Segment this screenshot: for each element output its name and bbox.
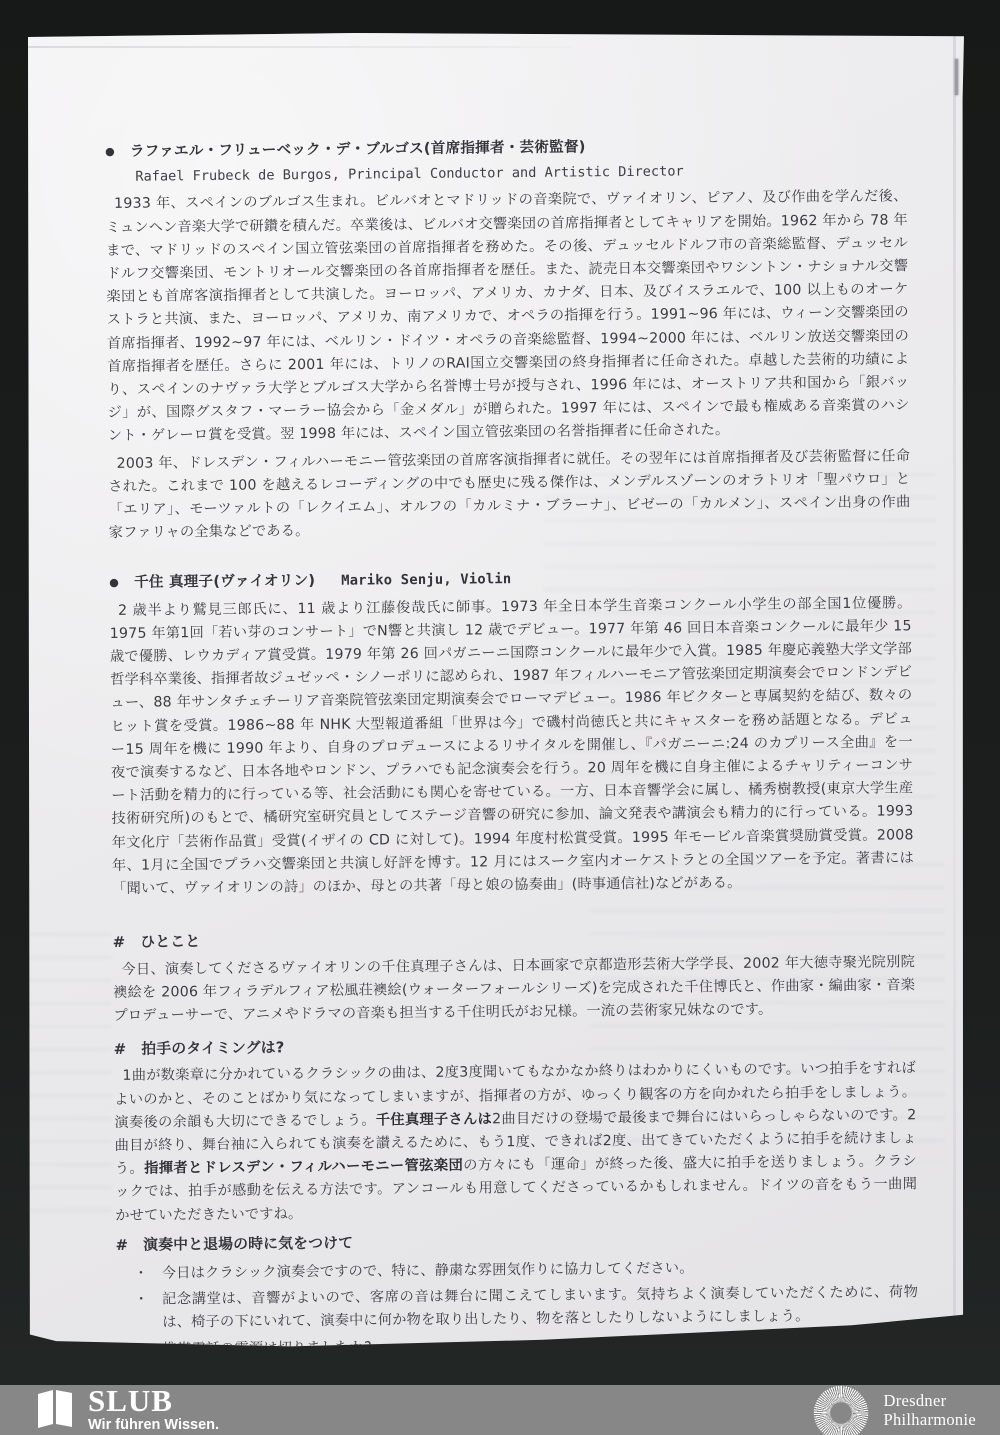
list-bullet: ・ — [134, 1289, 148, 1336]
philharmonie-name: Dresdner Philharmonie — [883, 1391, 976, 1430]
list-item-text: 今日はクラシック演奏会ですので、特に、静粛な雰囲気作りに協力してください。 — [162, 1255, 918, 1285]
note-title: ひとこと — [140, 930, 200, 954]
conductor-title-en: Rafael Frubeck de Burgos, Principal Cond… — [135, 159, 907, 190]
hash-mark: # — [115, 1234, 128, 1257]
applause-heading: # 拍手のタイミングは? — [114, 1030, 916, 1061]
scanned-page: ● ラファエル・フリューベック・デ・ブルゴス(首席指揮者・芸術監督) Rafae… — [28, 33, 964, 1349]
applause-bold-orchestra: 指揮者とドレスデン・フィルハーモニー管弦楽団 — [144, 1158, 463, 1177]
slub-wordmark: SLUB — [88, 1386, 219, 1416]
conductor-dresden-paragraph: 2003 年、ドレスデン・フィルハーモニー管弦楽団の首席客演指揮者に就任。その翌… — [108, 445, 911, 546]
philharmonie-logo: Dresdner Philharmonie — [813, 1379, 976, 1435]
violinist-heading: ● 千住 真理子(ヴァイオリン) Mariko Senju, Violin — [109, 564, 911, 596]
conductor-title-ja: ラファエル・フリューベック・デ・ブルゴス(首席指揮者・芸術監督) — [130, 135, 586, 163]
bleedthrough-ghost — [28, 933, 112, 1213]
philharmonie-line2: Philharmonie — [883, 1410, 976, 1430]
staple-mark — [955, 59, 958, 95]
violinist-title-en: Mariko Senju, Violin — [341, 569, 511, 594]
guide-title: 演奏中と退場の時に気をつけて — [143, 1231, 353, 1256]
note-paragraph: 今日、演奏してくださるヴァイオリンの千住真理子さんは、日本画家で京都造形芸術大学… — [113, 951, 916, 1028]
philharmonie-line1: Dresdner — [883, 1391, 976, 1411]
list-item: ・ 今日はクラシック演奏会ですので、特に、静粛な雰囲気作りに協力してください。 — [116, 1255, 918, 1286]
viewer-background: ● ラファエル・フリューベック・デ・ブルゴス(首席指揮者・芸術監督) Rafae… — [0, 0, 1000, 1435]
list-item-text: 携帯電話の電源は切りましたか? — [163, 1331, 919, 1361]
applause-bold-name: 千住真理子さんは — [376, 1111, 492, 1128]
page-text: ● ラファエル・フリューベック・デ・ブルゴス(首席指揮者・芸術監督) Rafae… — [105, 132, 919, 1435]
list-item-text: 記念講堂は、音響がよいので、客席の音は舞台に聞こえてしまいます。気持ちよく演奏し… — [162, 1281, 918, 1335]
book-icon — [36, 1388, 76, 1430]
hash-mark: # — [113, 931, 126, 954]
list-item: ・ 携帯電話の電源は切りましたか? — [117, 1331, 919, 1362]
footer-bar: SLUB Wir führen Wissen. Dresdner Philhar… — [0, 1385, 1000, 1435]
applause-title: 拍手のタイミングは? — [141, 1036, 284, 1061]
list-bullet: ・ — [134, 1263, 148, 1286]
applause-paragraph: 1曲が数楽章に分かれているクラシックの曲は、2度3度聞いてもなかなか終りはわかり… — [114, 1058, 918, 1228]
list-item: ・ 記念講堂は、音響がよいので、客席の音は舞台に聞こえてしまいます。気持ちよく演… — [116, 1281, 918, 1335]
violinist-bio-paragraph: 2 歳半より鷲見三郎氏に、11 歳より江藤俊哉氏に師事。1973 年全日本学生音… — [109, 592, 914, 901]
paper-seam — [28, 46, 571, 48]
slub-tagline: Wir führen Wissen. — [88, 1417, 219, 1434]
guide-heading: # 演奏中と退場の時に気をつけて — [115, 1226, 917, 1257]
violinist-title-ja: 千住 真理子(ヴァイオリン) — [134, 569, 315, 594]
slub-text: SLUB Wir führen Wissen. — [88, 1386, 219, 1434]
starburst-icon — [813, 1385, 869, 1435]
conductor-bio-paragraph: 1933 年、スペインのブルゴス生まれ。ビルバオとマドリッドの音楽院で、ヴァイオ… — [106, 186, 910, 449]
bullet-icon: ● — [109, 571, 119, 594]
list-item: ・ 舞台から、全客席がよく見えます。座る姿勢が美しく見えるようにぜひ工夫してみて… — [117, 1357, 919, 1388]
note-heading: # ひとこと — [113, 924, 915, 955]
list-bullet: ・ — [135, 1338, 149, 1361]
hash-mark: # — [114, 1038, 127, 1061]
list-item-text: 舞台から、全客席がよく見えます。座る姿勢が美しく見えるようにぜひ工夫してみてくだ… — [163, 1357, 919, 1387]
paper-crease — [953, 33, 956, 1349]
slub-logo: SLUB Wir führen Wissen. — [36, 1386, 219, 1434]
bullet-icon: ● — [105, 140, 115, 163]
